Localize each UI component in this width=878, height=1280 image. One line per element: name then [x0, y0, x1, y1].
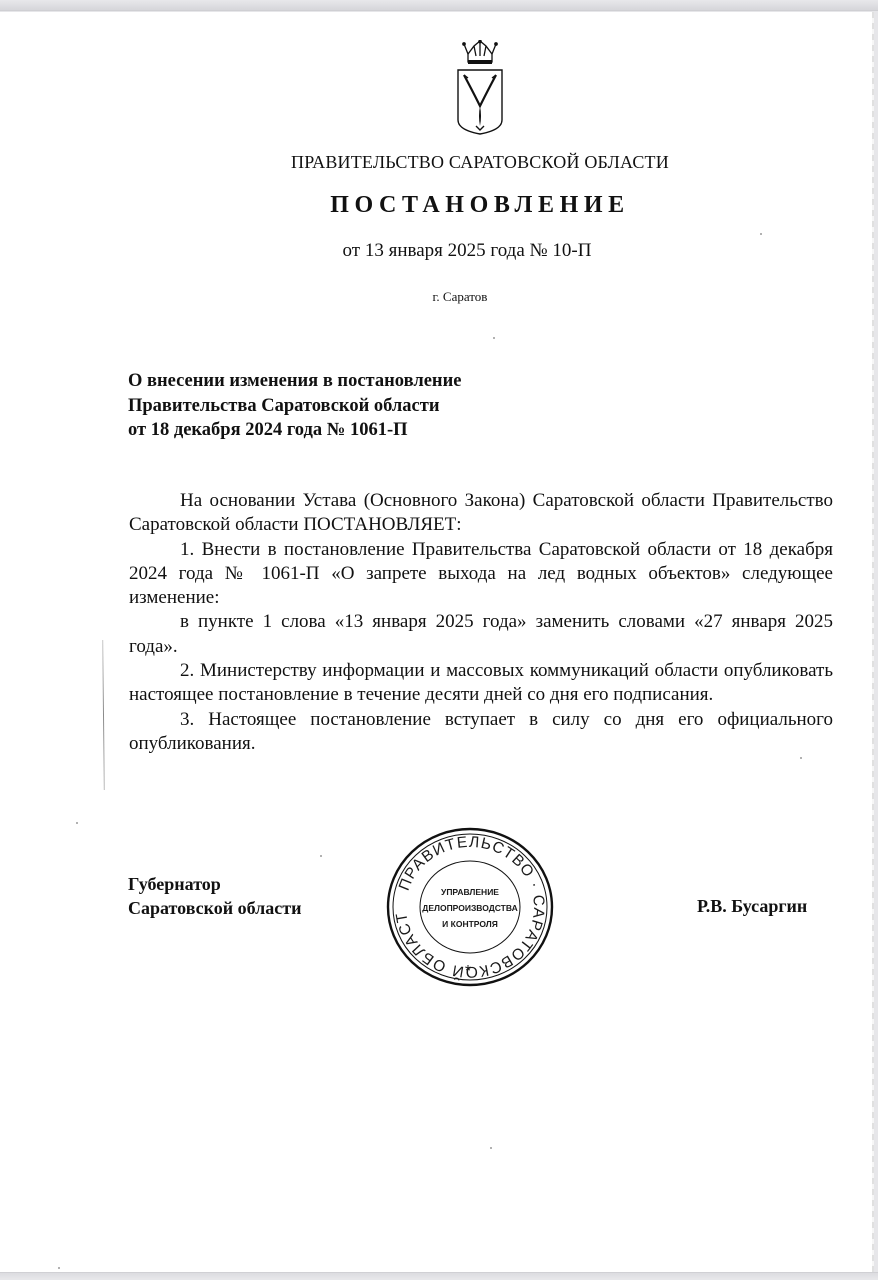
scan-speck — [320, 855, 322, 857]
document-type: ПОСТАНОВЛЕНИЕ — [0, 192, 878, 219]
item-1-paragraph: 1. Внести в постановление Правительства … — [129, 538, 833, 611]
signatory-title-line: Губернатор — [128, 872, 302, 896]
scan-speck — [800, 757, 802, 759]
official-stamp: ПРАВИТЕЛЬСТВО · САРАТОВСКОЙ ОБЛАСТИ УПРА… — [384, 826, 556, 988]
item-1-change-paragraph: в пункте 1 слова «13 января 2025 года» з… — [129, 610, 833, 659]
scan-speck — [493, 337, 495, 339]
signatory-name: Р.В. Бусаргин — [697, 896, 807, 917]
item-3-paragraph: 3. Настоящее постановление вступает в си… — [129, 708, 833, 757]
document-date-number: от 13 января 2025 года № 10-П — [0, 240, 878, 262]
document-subject: О внесении изменения в постановление Пра… — [128, 369, 461, 443]
stamp-inner-line: ДЕЛОПРОИЗВОДСТВА — [422, 903, 517, 913]
scan-speck — [76, 822, 78, 824]
document-city: г. Саратов — [0, 289, 878, 305]
stamp-star-icon: * — [465, 963, 471, 980]
subject-line: О внесении изменения в постановление — [128, 369, 461, 394]
signatory-title-line: Саратовской области — [128, 896, 302, 920]
signatory-title: Губернатор Саратовской области — [128, 872, 302, 920]
subject-line: от 18 декабря 2024 года № 1061-П — [128, 418, 461, 443]
item-2-paragraph: 2. Министерству информации и массовых ко… — [129, 659, 833, 708]
stamp-inner-line: УПРАВЛЕНИЕ — [441, 887, 499, 897]
document-body: На основании Устава (Основного Закона) С… — [129, 489, 833, 756]
subject-line: Правительства Саратовской области — [128, 394, 461, 419]
preamble-paragraph: На основании Устава (Основного Закона) С… — [129, 489, 833, 538]
scan-speck — [760, 233, 762, 235]
coat-of-arms-icon — [454, 40, 506, 136]
issuer-title: ПРАВИТЕЛЬСТВО САРАТОВСКОЙ ОБЛАСТИ — [0, 152, 878, 173]
viewer-bottom-edge — [0, 1272, 878, 1280]
scan-speck — [58, 1267, 60, 1269]
viewer-top-edge — [0, 0, 878, 11]
scan-speck — [490, 1147, 492, 1149]
stamp-inner-line: И КОНТРОЛЯ — [442, 919, 498, 929]
